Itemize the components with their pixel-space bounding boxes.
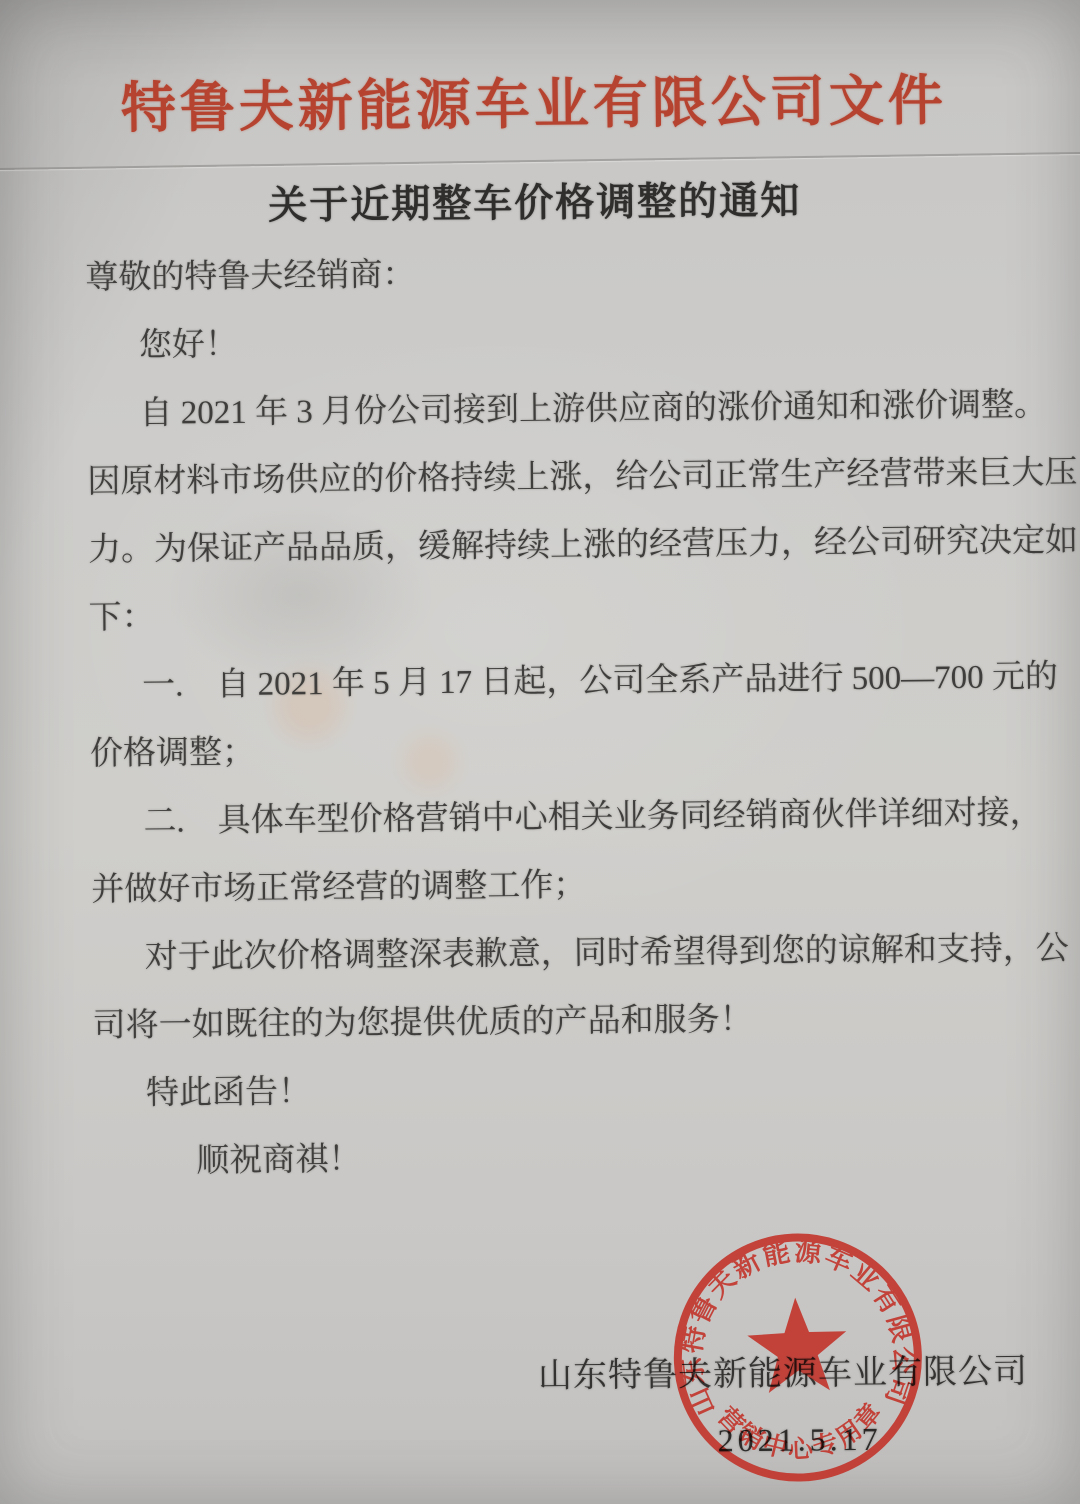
- body-line: 您好！: [86, 303, 1021, 380]
- body-line: 价格调整；: [90, 711, 1025, 788]
- body-line-closing: 特此函告！: [93, 1051, 1028, 1128]
- body-line-item-1: 一. 自 2021 年 5 月 17 日起，公司全系产品进行 500—700 元…: [89, 643, 1024, 720]
- body-line-well-wishes: 顺祝商祺！: [94, 1119, 1029, 1196]
- document-body: 尊敬的特鲁夫经销商： 您好！ 自 2021 年 3 月份公司接到上游供应商的涨价…: [85, 235, 1028, 1196]
- body-line: 对于此次价格调整深表歉意，同时希望得到您的谅解和支持，公: [92, 915, 1027, 992]
- document-page: 特鲁夫新能源车业有限公司文件 关于近期整车价格调整的通知 尊敬的特鲁夫经销商： …: [0, 0, 1080, 1504]
- body-line: 并做好市场正常经营的调整工作；: [91, 847, 1026, 924]
- document-title: 特鲁夫新能源车业有限公司文件: [0, 55, 1074, 144]
- body-line: 力。为保证产品品质，缓解持续上涨的经营压力，经公司研究决定如: [88, 507, 1023, 584]
- star-icon: [746, 1295, 849, 1393]
- company-seal-stamp: 山东特鲁夫新能源车业有限公司 营销中心专用章: [654, 1214, 942, 1502]
- body-line-salutation: 尊敬的特鲁夫经销商：: [85, 235, 1020, 312]
- body-line-item-2: 二. 具体车型价格营销中心相关业务同经销商伙伴详细对接，: [90, 779, 1025, 856]
- body-line: 下：: [88, 575, 1023, 652]
- body-line: 司将一如既往的为您提供优质的产品和服务！: [92, 983, 1027, 1060]
- document-subtitle: 关于近期整车价格调整的通知: [0, 167, 1075, 233]
- body-line: 因原材料市场供应的价格持续上涨，给公司正常生产经营带来巨大压: [87, 439, 1022, 516]
- body-line: 自 2021 年 3 月份公司接到上游供应商的涨价通知和涨价调整。: [86, 371, 1021, 448]
- scanned-content: 特鲁夫新能源车业有限公司文件 关于近期整车价格调整的通知 尊敬的特鲁夫经销商： …: [0, 0, 1080, 1504]
